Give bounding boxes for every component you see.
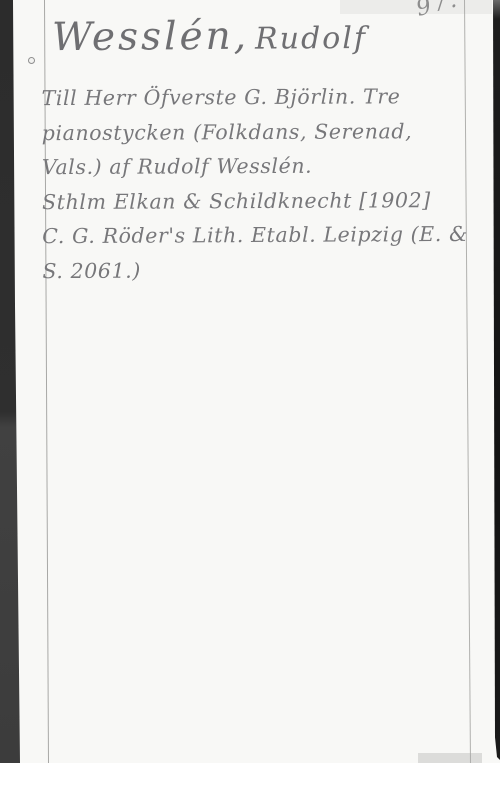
hole-punch-mark [28,57,35,64]
card-heading: Wesslén,Rudolf [52,13,367,60]
scan-right-border [491,0,500,760]
card-line-plate-number: S. 2061.) [42,252,482,289]
card-line-printer: C. G. Röder's Lith. Etabl. Leipzig (E. & [42,217,482,254]
scan-shading-bottom-right [418,753,482,763]
card-body-text: Till Herr Öfverste G. Björlin. Tre piano… [41,79,482,289]
heading-surname: Wesslén, [52,14,249,60]
page-number-pencil-mark: 97. [413,0,461,22]
card-line-publisher: Sthlm Elkan & Schildknecht [1902] [42,183,482,220]
card-line-work-titles: pianostycken (Folkdans, Serenad, [42,113,482,150]
scanned-catalog-card-page: 97. Wesslén,Rudolf Till Herr Öfverste G.… [0,0,500,800]
heading-given-name: Rudolf [255,21,367,57]
scan-left-border [0,0,22,763]
catalog-card-scan: 97. Wesslén,Rudolf Till Herr Öfverste G.… [0,0,500,763]
card-line-composer: Vals.) af Rudolf Wesslén. [42,148,482,185]
page-bottom-margin [0,763,500,800]
card-line-dedication: Till Herr Öfverste G. Björlin. Tre [41,79,481,116]
